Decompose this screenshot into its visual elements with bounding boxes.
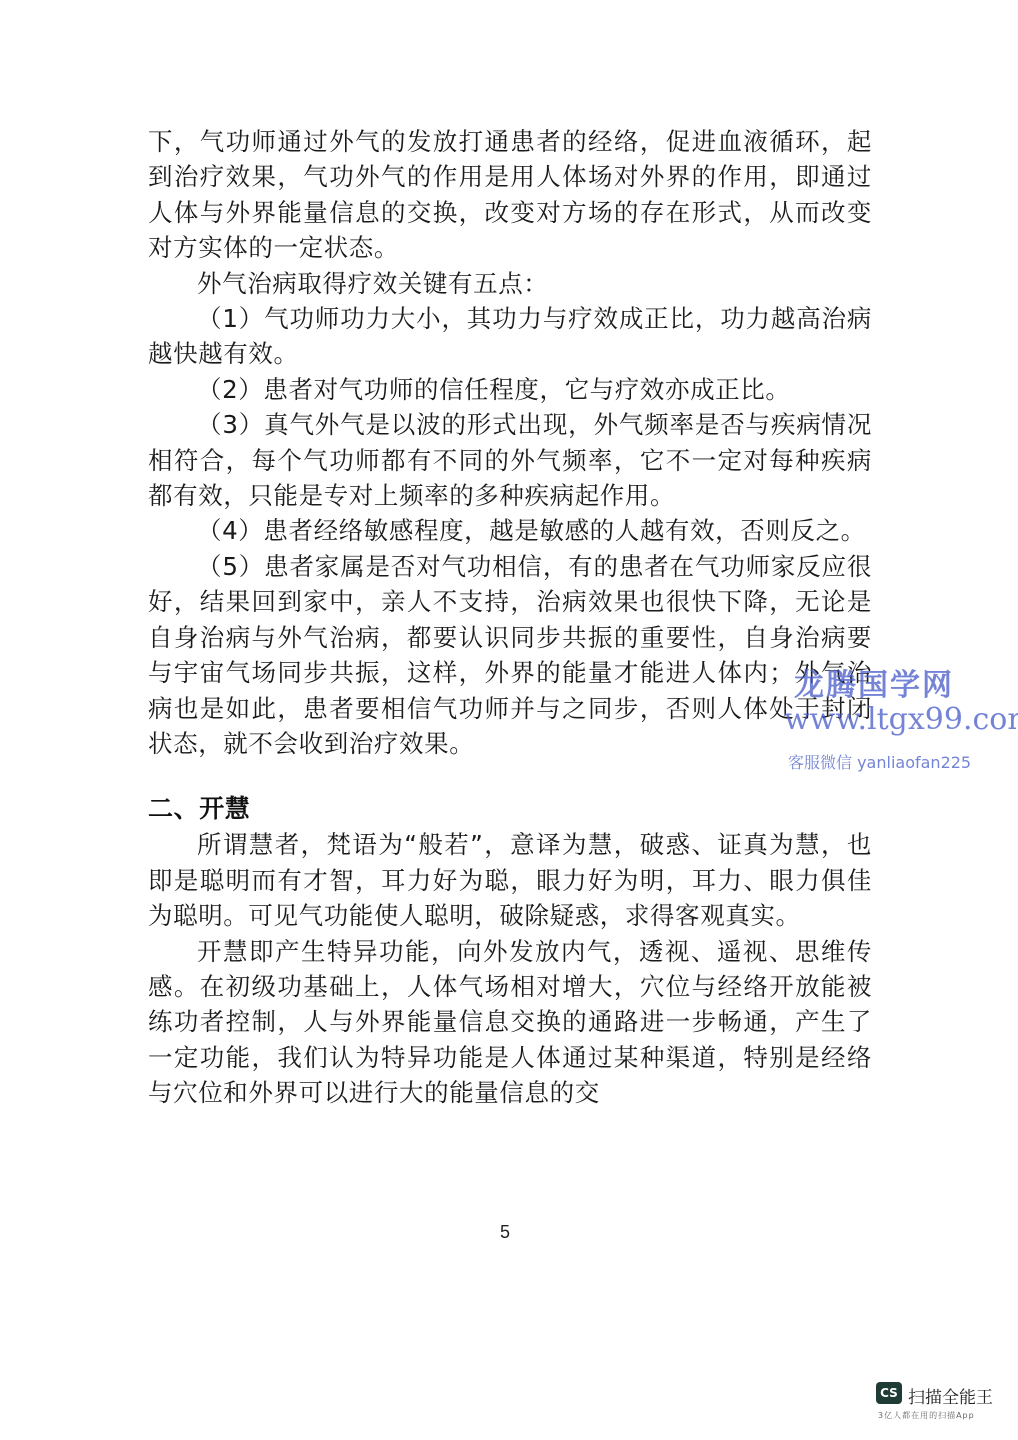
list-item-1: （1）气功师功力大小，其功力与疗效成正比，功力越高治病越快越有效。 <box>148 301 872 372</box>
scanner-app-name: 扫描全能王 <box>908 1383 993 1408</box>
paragraph: 开慧即产生特异功能，向外发放内气，透视、遥视、思维传感。在初级功基础上，人体气场… <box>148 934 872 1111</box>
camscanner-icon: CS <box>876 1382 902 1404</box>
scanner-app-logo: CS 扫描全能王 3亿人都在用的扫描App <box>876 1382 1006 1422</box>
paragraph: 外气治病取得疗效关键有五点： <box>148 266 872 301</box>
list-item-4: （4）患者经络敏感程度，越是敏感的人越有效，否则反之。 <box>148 513 872 548</box>
scanned-page: 下，气功师通过外气的发放打通患者的经络，促进血液循环，起到治疗效果，气功外气的作… <box>0 0 1018 1440</box>
page-number: 5 <box>500 1222 510 1243</box>
list-item-3: （3）真气外气是以波的形式出现，外气频率是否与疾病情况相符合，每个气功师都有不同… <box>148 407 872 513</box>
list-item-5: （5）患者家属是否对气功相信，有的患者在气功师家反应很好，结果回到家中，亲人不支… <box>148 549 872 761</box>
scanner-tagline: 3亿人都在用的扫描App <box>878 1410 975 1421</box>
section-heading: 二、开慧 <box>148 761 872 827</box>
paragraph: 所谓慧者，梵语为“般若”，意译为慧，破惑、证真为慧，也即是聪明而有才智，耳力好为… <box>148 827 872 933</box>
document-body: 下，气功师通过外气的发放打通患者的经络，促进血液循环，起到治疗效果，气功外气的作… <box>148 124 872 1111</box>
paragraph: 下，气功师通过外气的发放打通患者的经络，促进血液循环，起到治疗效果，气功外气的作… <box>148 124 872 266</box>
list-item-2: （2）患者对气功师的信任程度，它与疗效亦成正比。 <box>148 372 872 407</box>
